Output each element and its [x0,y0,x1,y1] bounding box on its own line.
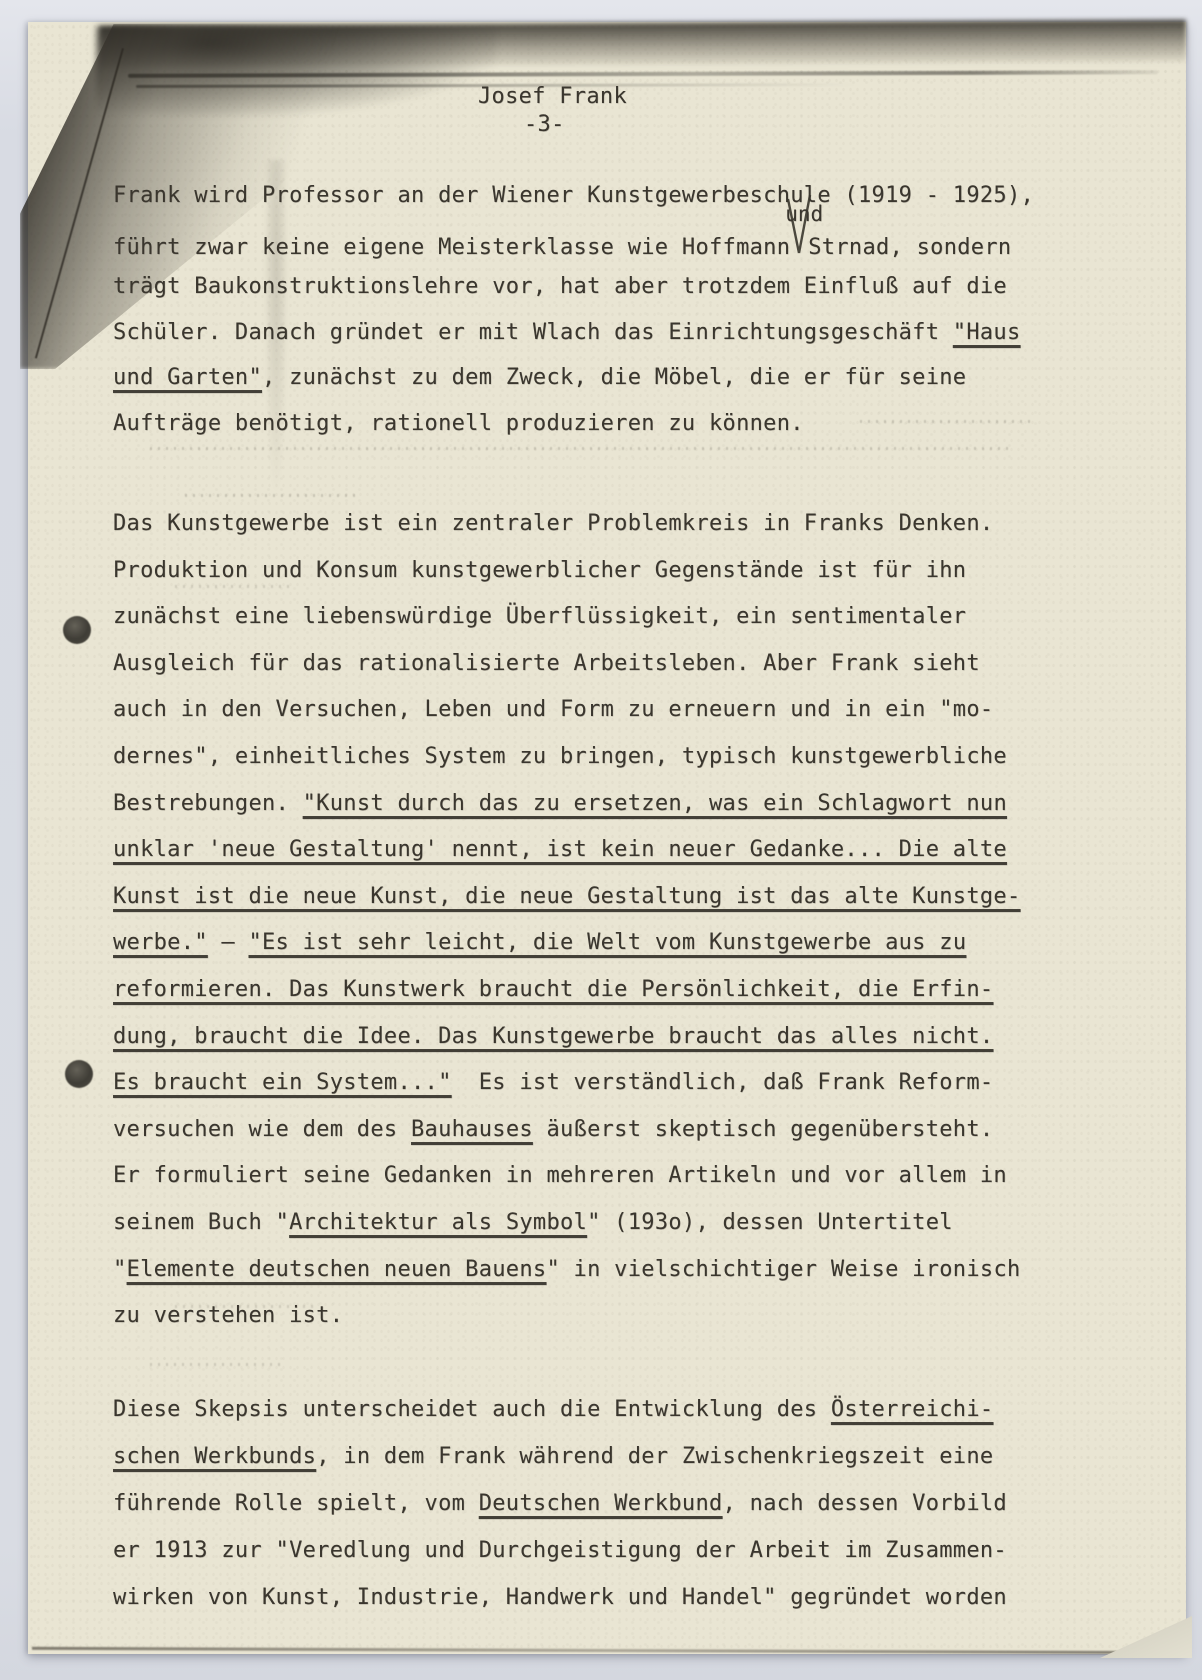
insertion-caret-icon: und [790,226,808,254]
text-segment: zunächst eine liebenswürdige Überflüssig… [113,604,966,629]
text-line: Bestrebungen. "Kunst durch das zu ersetz… [113,788,1123,835]
text-line: Das Kunstgewerbe ist ein zentraler Probl… [113,508,1123,555]
text-line: er 1913 zur "Veredlung und Durchgeistigu… [113,1535,1123,1582]
text-segment: wirken von Kunst, Industrie, Handwerk un… [113,1585,1007,1610]
underlined-text-segment: Architektur als Symbol [289,1210,587,1235]
underlined-text-segment: Bauhauses [411,1117,533,1142]
text-segment: führt zwar keine eigene Meisterklasse wi… [113,235,790,260]
text-line: Es braucht ein System..." Es ist verstän… [113,1067,1123,1114]
text-line: Kunst ist die neue Kunst, die neue Gesta… [113,881,1123,928]
text-line: wirken von Kunst, Industrie, Handwerk un… [113,1582,1123,1629]
text-segment: Aufträge benötigt, rationell produzieren… [113,411,804,436]
underlined-text-segment: Kunst ist die neue Kunst, die neue Gesta… [113,884,1021,909]
text-segment: Es ist verständlich, daß Frank Reform- [452,1070,994,1095]
text-line: unklar 'neue Gestaltung' nennt, ist kein… [113,834,1123,881]
text-segment: Bestrebungen. [113,791,303,816]
text-line: trägt Baukonstruktionslehre vor, hat abe… [113,271,1123,317]
photocopy-speckle [150,1363,280,1366]
text-line: führende Rolle spielt, vom Deutschen Wer… [113,1488,1123,1535]
text-line: Er formuliert seine Gedanken in mehreren… [113,1160,1123,1207]
underlined-text-segment: schen Werkbunds [113,1444,316,1469]
paragraph: Frank wird Professor an der Wiener Kunst… [113,180,1123,453]
text-line: zu verstehen ist. [113,1300,1123,1347]
text-line: reformieren. Das Kunstwerk braucht die P… [113,974,1123,1021]
text-line: Ausgleich für das rationalisierte Arbeit… [113,648,1123,695]
text-segment: Schüler. Danach gründet er mit Wlach das… [113,320,953,345]
text-line: "Elemente deutschen neuen Bauens" in vie… [113,1254,1123,1301]
text-line: versuchen wie dem des Bauhauses äußerst … [113,1114,1123,1161]
text-segment: , nach dessen Vorbild [723,1491,1007,1516]
page-title: Josef Frank [478,84,627,109]
text-line: und Garten", zunächst zu dem Zweck, die … [113,362,1123,408]
text-line: werbe." – "Es ist sehr leicht, die Welt … [113,927,1123,974]
underlined-text-segment: "Kunst durch das zu ersetzen, was ein Sc… [303,791,1007,816]
photocopy-speckle [185,494,355,497]
text-segment: versuchen wie dem des [113,1117,411,1142]
text-segment: äußerst skeptisch gegenübersteht. [533,1117,994,1142]
text-line: auch in den Versuchen, Leben und Form zu… [113,694,1123,741]
text-segment: Frank wird Professor an der Wiener Kunst… [113,183,1034,208]
underlined-text-segment: Elemente deutschen neuen Bauens [127,1257,547,1282]
text-line: dung, braucht die Idee. Das Kunstgewerbe… [113,1021,1123,1068]
underlined-text-segment: "Es ist sehr leicht, die Welt vom Kunstg… [248,930,966,955]
text-line: zunächst eine liebenswürdige Überflüssig… [113,601,1123,648]
text-segment: Strnad, sondern [808,235,1011,260]
text-segment: zu verstehen ist. [113,1303,343,1328]
text-segment: seinem Buch " [113,1210,289,1235]
text-segment: Produktion und Konsum kunstgewerblicher … [113,558,966,583]
underlined-text-segment: reformieren. Das Kunstwerk braucht die P… [113,977,993,1002]
hole-punch-mark [65,1060,93,1088]
text-segment: Ausgleich für das rationalisierte Arbeit… [113,651,980,676]
text-line: schen Werkbunds, in dem Frank während de… [113,1441,1123,1488]
text-segment: " [113,1257,127,1282]
text-segment: trägt Baukonstruktionslehre vor, hat abe… [113,274,1007,299]
underlined-text-segment: "Haus [953,320,1021,345]
text-segment: dernes", einheitliches System zu bringen… [113,744,1007,769]
text-segment: – [208,930,249,955]
text-segment: führende Rolle spielt, vom [113,1491,479,1516]
underlined-text-segment: werbe." [113,930,208,955]
inserted-word: und [785,198,823,230]
underlined-text-segment: unklar 'neue Gestaltung' nennt, ist kein… [113,837,1007,862]
text-line: Frank wird Professor an der Wiener Kunst… [113,180,1123,226]
text-segment: " in vielschichtiger Weise ironisch [546,1257,1020,1282]
underlined-text-segment: dung, braucht die Idee. Das Kunstgewerbe… [113,1024,993,1049]
underlined-text-segment: Österreichi- [831,1397,994,1422]
text-segment: , in dem Frank während der Zwischenkrieg… [316,1444,993,1469]
text-line: Diese Skepsis unterscheidet auch die Ent… [113,1394,1123,1441]
text-segment: er 1913 zur "Veredlung und Durchgeistigu… [113,1538,1007,1563]
paragraph: Das Kunstgewerbe ist ein zentraler Probl… [113,508,1123,1347]
text-segment: Er formuliert seine Gedanken in mehreren… [113,1163,1007,1188]
underlined-text-segment: Es braucht ein System..." [113,1070,452,1095]
text-segment: , zunächst zu dem Zweck, die Möbel, die … [262,365,966,390]
hole-punch-mark [63,616,91,644]
text-line: Produktion und Konsum kunstgewerblicher … [113,555,1123,602]
text-line: führt zwar keine eigene Meisterklasse wi… [113,226,1123,272]
text-line: Aufträge benötigt, rationell produzieren… [113,408,1123,454]
text-line: seinem Buch "Architektur als Symbol" (19… [113,1207,1123,1254]
text-line: Schüler. Danach gründet er mit Wlach das… [113,317,1123,363]
page-number: -3- [524,112,565,137]
text-line: dernes", einheitliches System zu bringen… [113,741,1123,788]
underlined-text-segment: und Garten" [113,365,262,390]
text-segment: auch in den Versuchen, Leben und Form zu… [113,697,993,722]
paragraph: Diese Skepsis unterscheidet auch die Ent… [113,1394,1123,1629]
text-segment: Das Kunstgewerbe ist ein zentraler Probl… [113,511,993,536]
text-segment: Diese Skepsis unterscheidet auch die Ent… [113,1397,831,1422]
scanned-page-stage: Josef Frank -3- Frank wird Professor an … [0,0,1202,1680]
underlined-text-segment: Deutschen Werkbund [479,1491,723,1516]
text-segment: " (193o), dessen Untertitel [587,1210,953,1235]
